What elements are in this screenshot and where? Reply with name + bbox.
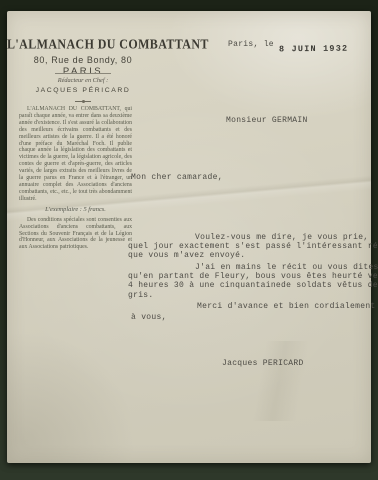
body-line: qu'en partant de Fleury, bous vous êtes … bbox=[128, 272, 378, 281]
letterhead-editor-label: Rédacteur en Chef : bbox=[7, 77, 159, 84]
closing-line: à vous, bbox=[131, 313, 167, 322]
recipient-line: Monsieur GERMAIN bbox=[226, 116, 308, 125]
letterhead-editor-name: JACQUES PÉRICARD bbox=[7, 87, 159, 94]
letterhead-price-line: L'exemplaire : 5 francs. bbox=[19, 207, 132, 214]
letterhead-rule bbox=[55, 73, 111, 74]
body-line: que vous m'avez envoyé. bbox=[128, 251, 245, 260]
letterhead-conditions-paragraph: Des conditions spéciales sont consenties… bbox=[19, 217, 132, 251]
date-stamp: 8 JUIN 1932 bbox=[279, 44, 348, 55]
letter-page: L'ALMANACH DU COMBATTANT 80, Rue de Bond… bbox=[7, 11, 371, 463]
dateline-place: Paris, le bbox=[228, 40, 274, 49]
signature-line: Jacques PERICARD bbox=[222, 359, 304, 368]
body-line: gris. bbox=[128, 291, 154, 300]
body-line: 4 heures 30 à une cinquantainede soldats… bbox=[128, 281, 378, 290]
body-line: Voulez-vous me dire, je vous prie, bbox=[195, 233, 368, 242]
ornament-divider bbox=[75, 101, 91, 105]
letterhead-address: 80, Rue de Bondy, 80 bbox=[7, 55, 159, 65]
closing-line: Merci d'avance et bien cordialement bbox=[197, 302, 376, 311]
paper-crease bbox=[187, 341, 371, 421]
body-line: quel jour exactement s'est passé l'intér… bbox=[128, 242, 378, 251]
letterhead-city: PARIS bbox=[7, 66, 159, 77]
letterhead-about-paragraph: L'ALMANACH DU COMBATTANT, qui paraît cha… bbox=[19, 106, 132, 203]
body-line: J'ai en mains le récit ou vous dites bbox=[195, 263, 378, 272]
letterhead-title: L'ALMANACH DU COMBATTANT bbox=[7, 36, 159, 53]
salutation-line: Mon cher camarade, bbox=[131, 173, 223, 182]
